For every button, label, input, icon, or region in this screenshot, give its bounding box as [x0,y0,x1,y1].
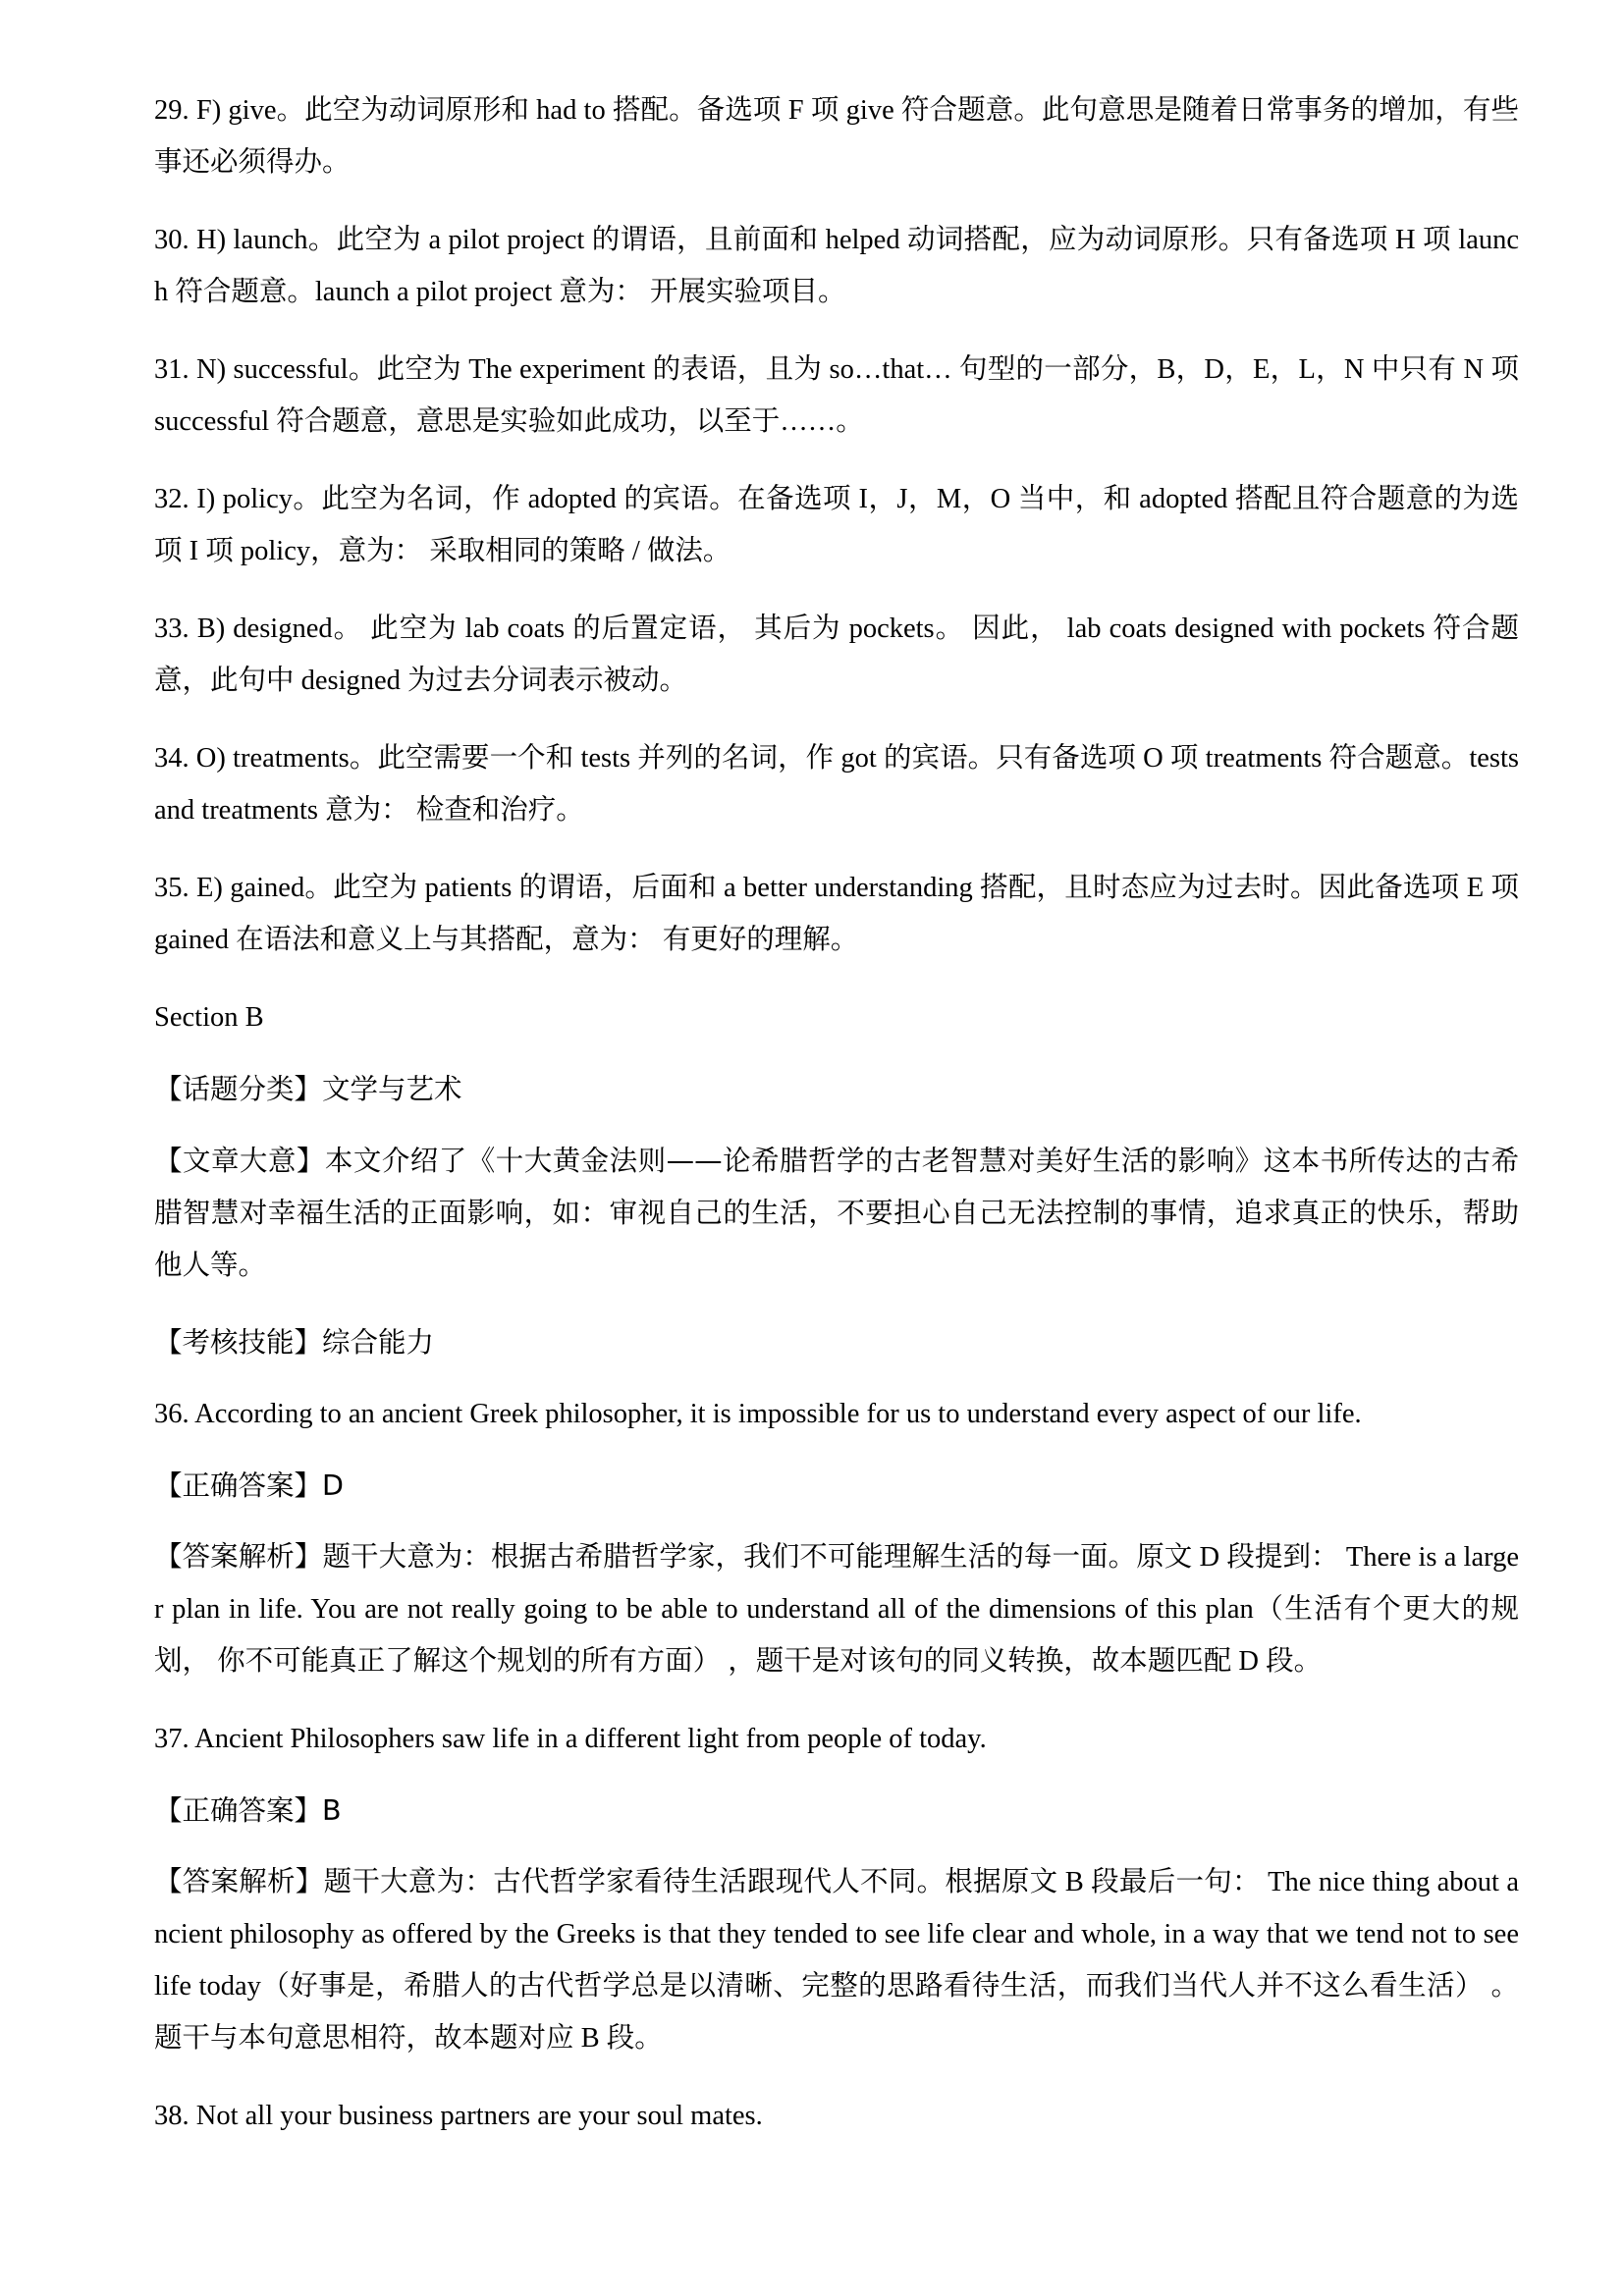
answer-explanation-35: 35. E) gained。此空为 patients 的谓语，后面和 a bet… [154,862,1519,966]
correct-answer-37: 【正确答案】B [154,1785,1519,1837]
correct-answer-36: 【正确答案】D [154,1460,1519,1512]
answer-explanation-34: 34. O) treatments。此空需要一个和 tests 并列的名词，作 … [154,732,1519,836]
article-summary: 【文章大意】本文介绍了《十大黄金法则——论希腊哲学的古老智慧对美好生活的影响》这… [154,1135,1519,1291]
skill-assessed: 【考核技能】综合能力 [154,1316,1519,1368]
topic-category: 【话题分类】文学与艺术 [154,1063,1519,1115]
analysis-37: 【答案解析】题干大意为：古代哲学家看待生活跟现代人不同。根据原文 B 段最后一句… [154,1856,1519,2064]
analysis-36: 【答案解析】题干大意为：根据古希腊哲学家，我们不可能理解生活的每一面。原文 D … [154,1531,1519,1687]
answer-explanation-29: 29. F) give。此空为动词原形和 had to 搭配。备选项 F 项 g… [154,84,1519,188]
question-38: 38. Not all your business partners are y… [154,2090,1519,2142]
answer-explanation-32: 32. I) policy。此空为名词，作 adopted 的宾语。在备选项 I… [154,473,1519,577]
answer-explanation-30: 30. H) launch。此空为 a pilot project 的谓语，且前… [154,214,1519,318]
answer-explanation-31: 31. N) successful。此空为 The experiment 的表语… [154,344,1519,448]
question-36: 36. According to an ancient Greek philos… [154,1388,1519,1440]
question-37: 37. Ancient Philosophers saw life in a d… [154,1713,1519,1765]
document-page: 29. F) give。此空为动词原形和 had to 搭配。备选项 F 项 g… [154,84,1519,2162]
section-heading: Section B [154,991,1519,1043]
answer-explanation-33: 33. B) designed。 此空为 lab coats 的后置定语， 其后… [154,603,1519,707]
